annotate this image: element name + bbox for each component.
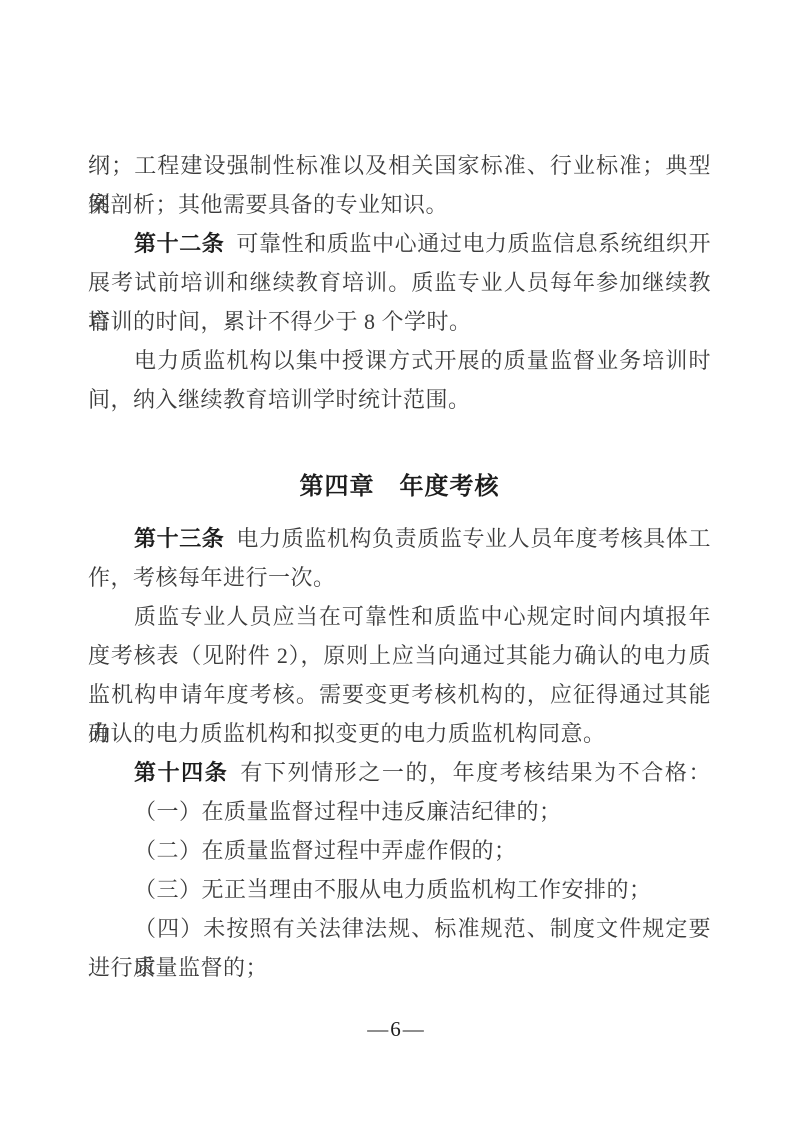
text-line: 展考试前培训和继续教育培训。质监专业人员每年参加继续教育	[88, 263, 711, 302]
paragraph-block-after-heading: 第十三条电力质监机构负责质监专业人员年度考核具体工作，考核每年进行一次。质监专业…	[88, 519, 711, 987]
chapter-heading: 第四章 年度考核	[88, 467, 711, 506]
text-line: 监机构申请年度考核。需要变更考核机构的，应征得通过其能力	[88, 675, 711, 714]
text-line: 作，考核每年进行一次。	[88, 558, 711, 597]
line-text: 间，纳入继续教育培训学时统计范围。	[88, 387, 471, 412]
line-text: 电力质监机构负责质监专业人员年度考核具体工	[236, 526, 711, 551]
text-line: 第十二条可靠性和质监中心通过电力质监信息系统组织开	[88, 224, 711, 263]
line-text: （一）在质量监督过程中违反廉洁纪律的；	[134, 799, 562, 824]
text-line: 例剖析；其他需要具备的专业知识。	[88, 185, 711, 224]
document-page: 纲；工程建设强制性标准以及相关国家标准、行业标准；典型案例剖析；其他需要具备的专…	[0, 0, 793, 1122]
line-text: （二）在质量监督过程中弄虚作假的；	[134, 838, 517, 863]
line-text: 度考核表（见附件 2），原则上应当向通过其能力确认的电力质	[88, 643, 711, 668]
text-line: 电力质监机构以集中授课方式开展的质量监督业务培训时	[88, 341, 711, 380]
text-line: 纲；工程建设强制性标准以及相关国家标准、行业标准；典型案	[88, 146, 711, 185]
line-text: 确认的电力质监机构和拟变更的电力质监机构同意。	[88, 721, 606, 746]
article-number: 第十三条	[134, 526, 224, 551]
line-text: 可靠性和质监中心通过电力质监信息系统组织开	[236, 231, 711, 256]
line-text: 进行质量监督的；	[88, 955, 268, 980]
text-line: （四）未按照有关法律法规、标准规范、制度文件规定要求	[88, 909, 711, 948]
text-line: （三）无正当理由不服从电力质监机构工作安排的；	[88, 870, 711, 909]
line-text: 作，考核每年进行一次。	[88, 565, 336, 590]
text-line: （一）在质量监督过程中违反廉洁纪律的；	[88, 792, 711, 831]
text-line: 进行质量监督的；	[88, 948, 711, 987]
page-number: —6—	[0, 1014, 793, 1044]
line-text: 电力质监机构以集中授课方式开展的质量监督业务培训时	[134, 348, 711, 373]
text-line: 间，纳入继续教育培训学时统计范围。	[88, 380, 711, 419]
line-text: 培训的时间，累计不得少于 8 个学时。	[88, 309, 472, 334]
text-line: 确认的电力质监机构和拟变更的电力质监机构同意。	[88, 714, 711, 753]
text-line: 度考核表（见附件 2），原则上应当向通过其能力确认的电力质	[88, 636, 711, 675]
document-content: 纲；工程建设强制性标准以及相关国家标准、行业标准；典型案例剖析；其他需要具备的专…	[88, 146, 711, 987]
text-line: 第十四条有下列情形之一的，年度考核结果为不合格：	[88, 753, 711, 792]
text-line: 第十三条电力质监机构负责质监专业人员年度考核具体工	[88, 519, 711, 558]
text-line: （二）在质量监督过程中弄虚作假的；	[88, 831, 711, 870]
line-text: 例剖析；其他需要具备的专业知识。	[88, 192, 448, 217]
line-text: （三）无正当理由不服从电力质监机构工作安排的；	[134, 877, 652, 902]
text-line: 培训的时间，累计不得少于 8 个学时。	[88, 302, 711, 341]
article-number: 第十二条	[134, 231, 224, 256]
paragraph-block-before-heading: 纲；工程建设强制性标准以及相关国家标准、行业标准；典型案例剖析；其他需要具备的专…	[88, 146, 711, 419]
line-text: 有下列情形之一的，年度考核结果为不合格：	[240, 760, 711, 785]
article-number: 第十四条	[134, 760, 228, 785]
line-text: 质监专业人员应当在可靠性和质监中心规定时间内填报年	[134, 604, 711, 629]
text-line: 质监专业人员应当在可靠性和质监中心规定时间内填报年	[88, 597, 711, 636]
